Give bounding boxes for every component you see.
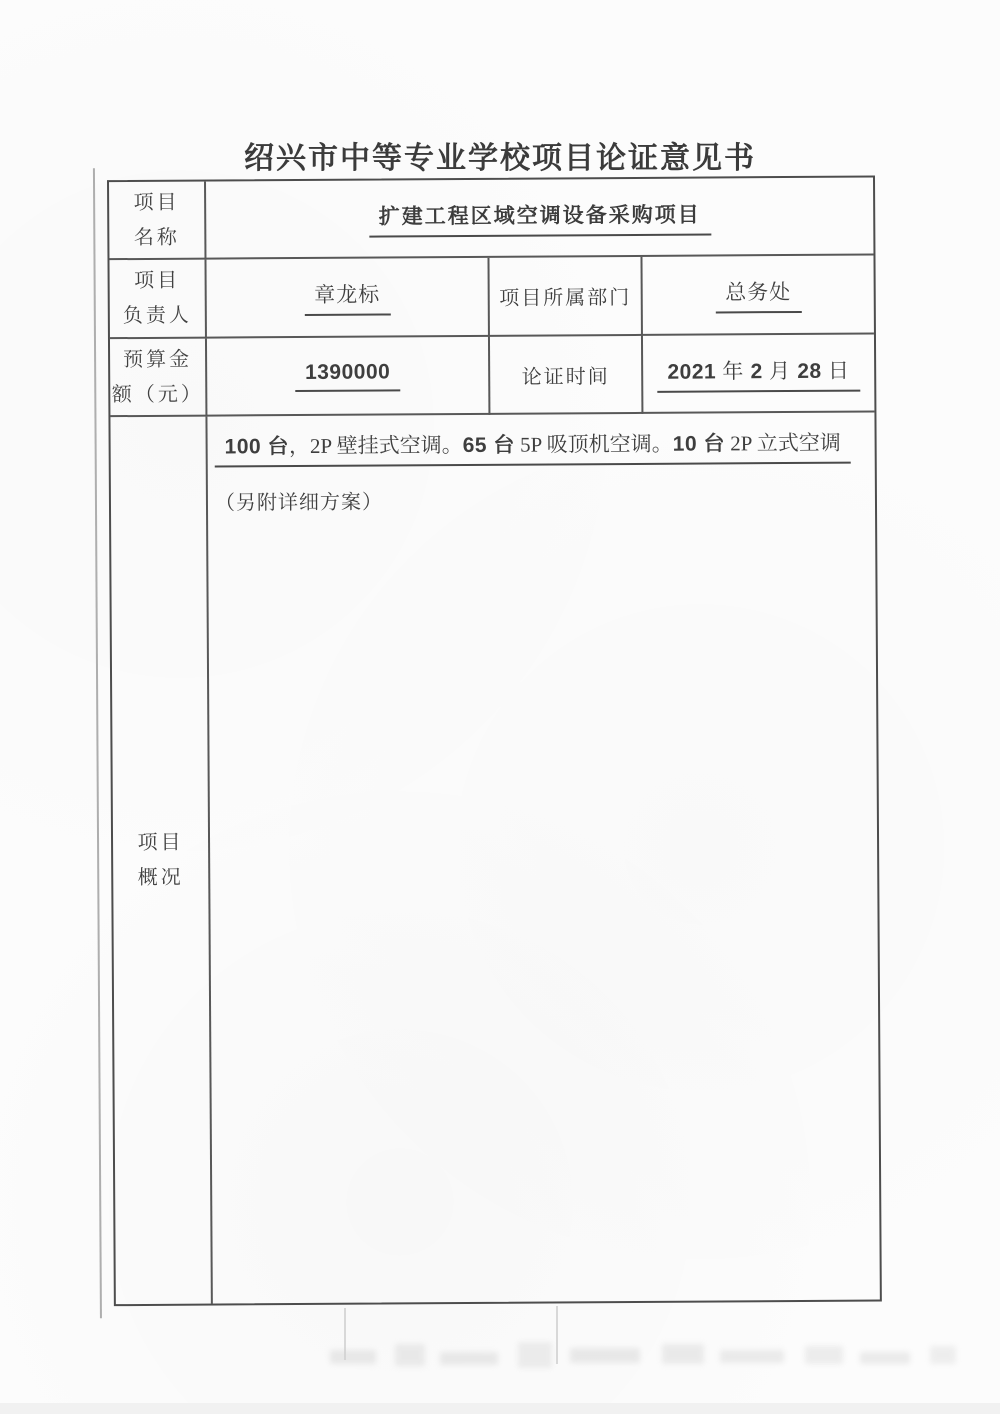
- review-time-value-cell: 2021 年 2 月 28 日: [643, 335, 874, 414]
- overview-desc2: 5P 吸顶机空调。: [515, 432, 673, 457]
- form-table: 项目 名称 扩建工程区域空调设备采购项目 项目 负责人 章龙标 项目所属部门 总…: [107, 175, 882, 1306]
- overview-qty1: 100 台: [225, 435, 290, 458]
- review-time-month: 2: [751, 360, 763, 383]
- overview-desc3: 2P 立式空调: [725, 431, 841, 456]
- project-leader-label-cell: 项目 负责人: [109, 260, 206, 340]
- review-time-day-unit: 日: [822, 358, 850, 382]
- overview-qty3: 10 台: [673, 432, 725, 455]
- overview-qty2: 65 台: [463, 434, 515, 457]
- project-leader-value-cell: 章龙标: [206, 258, 489, 339]
- budget-label-line1: 预算金: [123, 349, 192, 369]
- overview-label-line1: 项目: [137, 833, 183, 853]
- department-value-cell: 总务处: [642, 256, 873, 336]
- project-leader-value: 章龙标: [304, 278, 390, 316]
- project-name-label-cell: 项目 名称: [109, 182, 206, 261]
- review-time-label-cell: 论证时间: [490, 336, 643, 415]
- review-time-value: 2021 年 2 月 28 日: [657, 354, 860, 392]
- scan-bleed-artifact: [290, 1322, 970, 1392]
- page-title: 绍兴市中等专业学校项目论证意见书: [0, 133, 1000, 177]
- overview-line1: 100 台，2P 壁挂式空调。65 台 5P 吸顶机空调。10 台 2P 立式空…: [215, 430, 851, 468]
- budget-value-cell: 1390000: [207, 337, 490, 417]
- overview-desc1: ，2P 壁挂式空调。: [289, 433, 463, 458]
- review-time-label: 论证时间: [522, 360, 610, 390]
- form-grid: 项目 名称 扩建工程区域空调设备采购项目 项目 负责人 章龙标 项目所属部门 总…: [107, 175, 882, 1306]
- ghost-table-line-right: [556, 1306, 558, 1364]
- overview-note: （另附详细方案）: [215, 486, 383, 516]
- project-name-value: 扩建工程区域空调设备采购项目: [369, 198, 711, 237]
- department-value: 总务处: [715, 276, 801, 314]
- scanner-bottom-strip: [0, 1403, 1000, 1414]
- overview-content-cell: 100 台，2P 壁挂式空调。65 台 5P 吸顶机空调。10 台 2P 立式空…: [207, 412, 879, 1303]
- ghost-table-line-left: [344, 1308, 346, 1360]
- budget-label-cell: 预算金 额（元）: [110, 339, 207, 418]
- department-label: 项目所属部门: [499, 281, 631, 311]
- project-name-label-line2: 名称: [134, 227, 180, 247]
- budget-value: 1390000: [295, 360, 400, 392]
- department-label-cell: 项目所属部门: [489, 257, 642, 337]
- overview-label-cell: 项目 概况: [110, 417, 212, 1305]
- review-time-month-unit: 月: [763, 358, 798, 382]
- project-leader-label-line1: 项目: [134, 271, 180, 291]
- overview-label-line2: 概况: [138, 868, 184, 888]
- project-name-value-cell: 扩建工程区域空调设备采购项目: [206, 178, 873, 260]
- page-edge-line: [93, 168, 102, 1318]
- project-name-label-line1: 项目: [134, 192, 180, 212]
- review-time-year-unit: 年: [716, 359, 751, 383]
- budget-label-line2: 额（元）: [112, 384, 204, 405]
- review-time-day: 28: [797, 359, 821, 382]
- project-leader-label-line2: 负责人: [123, 306, 192, 326]
- review-time-year: 2021: [667, 360, 716, 383]
